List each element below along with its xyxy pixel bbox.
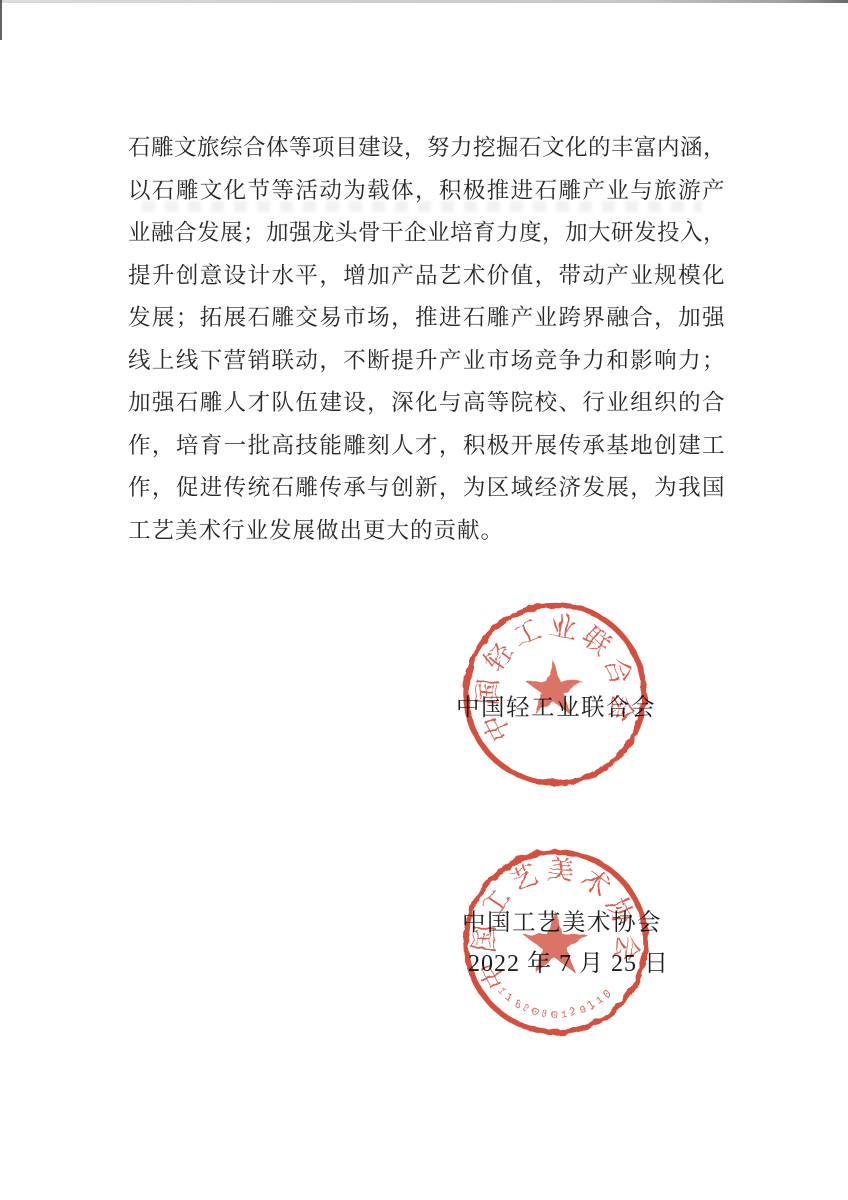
paragraph-line: 石雕文旅综合体等项目建设，努力挖掘石文化的丰富内涵， (128, 127, 725, 170)
scan-left-edge-artifact (0, 0, 2, 40)
signature-date: 2022 年 7 月 25 日 (468, 943, 669, 978)
paragraph-line: 加强石雕人才队伍建设，深化与高等院校、行业组织的合 (128, 382, 725, 425)
signature-org-light-industry-council: 中国轻工业联合会 (456, 688, 656, 722)
paragraph-line: 工艺美术行业发展做出更大的贡献。 (128, 510, 725, 553)
paragraph-line: 作，促进传统石雕传承与创新，为区域经济发展，为我国 (128, 467, 725, 510)
paragraph-line: 作，培育一批高技能雕刻人才，积极开展传承基地创建工 (128, 425, 725, 468)
paragraph-line: 提升创意设计水平，增加产品艺术价值，带动产业规模化 (128, 255, 725, 298)
body-paragraph: 石雕文旅综合体等项目建设，努力挖掘石文化的丰富内涵， 以石雕文化节等活动为载体，… (128, 127, 725, 552)
seal-code-text: 1160000129110 (495, 986, 617, 1022)
scanned-document-page: { "body_text": { "lines": [ "石雕文旅综合体等项目建… (0, 0, 848, 1200)
paragraph-line: 以石雕文化节等活动为载体，积极推进石雕产业与旅游产 (128, 170, 725, 213)
paragraph-line: 业融合发展；加强龙头骨干企业培育力度，加大研发投入， (128, 212, 725, 255)
red-seal-arts-crafts-association: 中国工艺美术协会 1160000129110 (446, 832, 666, 1052)
signature-org-arts-crafts-association: 中国工艺美术协会 (462, 903, 662, 937)
paragraph-line: 发展；拓展石雕交易市场，推进石雕产业跨界融合，加强 (128, 297, 725, 340)
paragraph-line: 线上线下营销联动，不断提升产业市场竞争力和影响力； (128, 340, 725, 383)
scan-top-edge-artifact (0, 0, 848, 3)
